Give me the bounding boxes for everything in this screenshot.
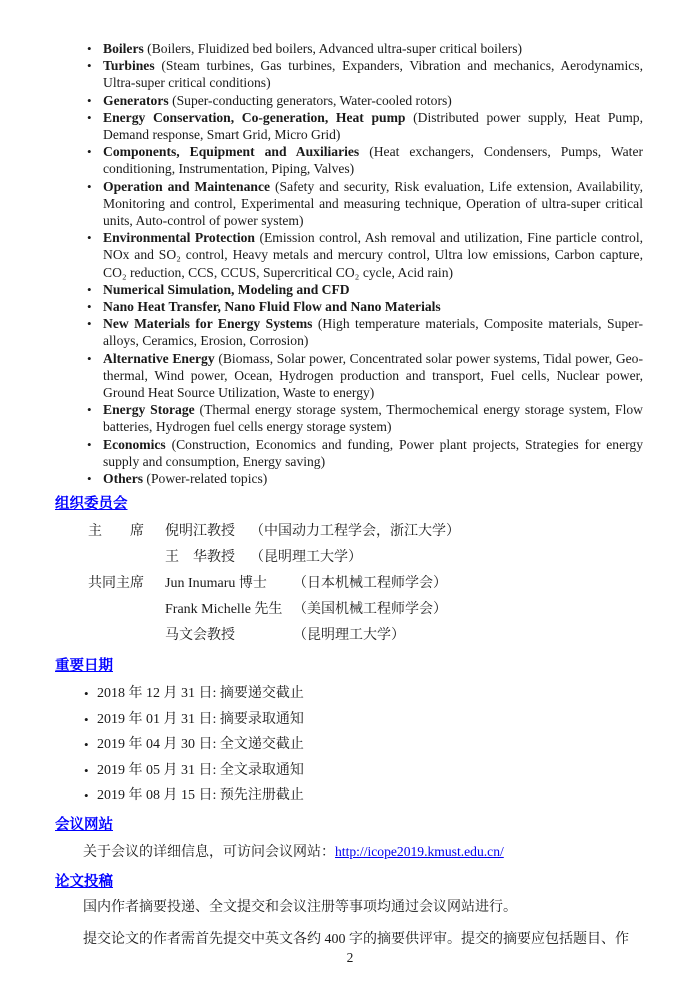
date-item: 2018 年 12 月 31 日: 摘要递交截止 — [97, 681, 643, 706]
topic-detail: (Super-conducting generators, Water-cool… — [169, 93, 452, 108]
topic-title: Generators — [103, 93, 169, 108]
section-heading-conference-website: 会议网站 — [55, 815, 643, 835]
topic-detail: (Construction, Economics and funding, Po… — [103, 437, 643, 469]
topic-item-others: Others (Power-related topics) — [103, 470, 643, 487]
committee-row: 主 席 倪明江教授 （中国动力工程学会，浙江大学） — [88, 519, 643, 545]
topic-title: Economics — [103, 437, 166, 452]
topic-detail: (Boilers, Fluidized bed boilers, Advance… — [144, 41, 522, 56]
committee-role — [88, 623, 165, 649]
committee-role — [88, 545, 165, 571]
committee-role: 主 席 — [88, 519, 165, 545]
topic-item-generators: Generators (Super-conducting generators,… — [103, 92, 643, 109]
topic-title: New Materials for Energy Systems — [103, 316, 312, 331]
topic-detail: (Steam turbines, Gas turbines, Expanders… — [103, 58, 643, 90]
topic-title: Alternative Energy — [103, 351, 215, 366]
topic-title: Energy Conservation, Co-generation, Heat… — [103, 110, 405, 125]
committee-name: 马文会教授 — [165, 623, 293, 649]
committee-name: 王 华教授 — [165, 545, 250, 571]
committee-role — [88, 597, 165, 623]
topic-title: Others — [103, 471, 143, 486]
website-intro-text: 关于会议的详细信息，可访问会议网站： — [83, 845, 335, 860]
important-dates-list: 2018 年 12 月 31 日: 摘要递交截止 2019 年 01 月 31 … — [55, 681, 643, 808]
website-line: 关于会议的详细信息，可访问会议网站：http://icope2019.kmust… — [83, 841, 643, 864]
committee-affiliation: （中国动力工程学会，浙江大学） — [250, 519, 643, 545]
topic-item-energy-storage: Energy Storage (Thermal energy storage s… — [103, 401, 643, 435]
date-item: 2019 年 08 月 15 日: 预先注册截止 — [97, 783, 643, 808]
topic-title: Operation and Maintenance — [103, 179, 270, 194]
topics-list: Boilers (Boilers, Fluidized bed boilers,… — [55, 40, 643, 487]
committee-name: 倪明江教授 — [165, 519, 250, 545]
committee-name: Jun Inumaru 博士 — [165, 571, 293, 597]
committee-role: 共同主席 — [88, 571, 165, 597]
topic-title: Turbines — [103, 58, 155, 73]
page-number: 2 — [0, 950, 700, 966]
conference-website-link[interactable]: http://icope2019.kmust.edu.cn/ — [335, 844, 504, 859]
committee-row: 共同主席 Jun Inumaru 博士 （日本机械工程师学会） — [88, 571, 643, 597]
topic-title: Environmental Protection — [103, 230, 255, 245]
topic-item-energy-conservation: Energy Conservation, Co-generation, Heat… — [103, 109, 643, 143]
section-heading-important-dates: 重要日期 — [55, 656, 643, 676]
topic-detail: (Power-related topics) — [143, 471, 267, 486]
section-heading-paper-submission: 论文投稿 — [55, 872, 643, 892]
committee-affiliation: （昆明理工大学） — [250, 545, 643, 571]
committee-row: 王 华教授 （昆明理工大学） — [88, 545, 643, 571]
committee-affiliation: （美国机械工程师学会） — [293, 597, 643, 623]
topic-item-numerical-simulation: Numerical Simulation, Modeling and CFD — [103, 281, 643, 298]
topic-item-components: Components, Equipment and Auxiliaries (H… — [103, 143, 643, 177]
date-item: 2019 年 04 月 30 日: 全文递交截止 — [97, 732, 643, 757]
committee-row: Frank Michelle 先生 （美国机械工程师学会） — [88, 597, 643, 623]
topic-item-new-materials: New Materials for Energy Systems (High t… — [103, 315, 643, 349]
topic-item-economics: Economics (Construction, Economics and f… — [103, 436, 643, 470]
topic-item-operation-maintenance: Operation and Maintenance (Safety and se… — [103, 178, 643, 230]
committee-table: 主 席 倪明江教授 （中国动力工程学会，浙江大学） 王 华教授 （昆明理工大学）… — [88, 519, 643, 649]
topic-title: Nano Heat Transfer, Nano Fluid Flow and … — [103, 299, 441, 314]
committee-affiliation: （日本机械工程师学会） — [293, 571, 643, 597]
committee-name: Frank Michelle 先生 — [165, 597, 293, 623]
topic-item-turbines: Turbines (Steam turbines, Gas turbines, … — [103, 57, 643, 91]
committee-row: 马文会教授 （昆明理工大学） — [88, 623, 643, 649]
topic-title: Numerical Simulation, Modeling and CFD — [103, 282, 350, 297]
submission-paragraph: 国内作者摘要投递、全文提交和会议注册等事项均通过会议网站进行。 — [83, 897, 643, 919]
date-item: 2019 年 05 月 31 日: 全文录取通知 — [97, 758, 643, 783]
topic-title: Components, Equipment and Auxiliaries — [103, 144, 359, 159]
topic-title: Energy Storage — [103, 402, 195, 417]
submission-paragraph: 提交论文的作者需首先提交中英文各约 400 字的摘要供评审。提交的摘要应包括题目… — [83, 929, 643, 951]
topic-title: Boilers — [103, 41, 144, 56]
document-page: Boilers (Boilers, Fluidized bed boilers,… — [0, 0, 700, 951]
topic-item-environmental-protection: Environmental Protection (Emission contr… — [103, 229, 643, 281]
committee-affiliation: （昆明理工大学） — [293, 623, 643, 649]
topic-item-nano: Nano Heat Transfer, Nano Fluid Flow and … — [103, 298, 643, 315]
date-item: 2019 年 01 月 31 日: 摘要录取通知 — [97, 707, 643, 732]
topic-item-boilers: Boilers (Boilers, Fluidized bed boilers,… — [103, 40, 643, 57]
topic-item-alternative-energy: Alternative Energy (Biomass, Solar power… — [103, 350, 643, 402]
section-heading-organizing-committee: 组织委员会 — [55, 494, 643, 514]
